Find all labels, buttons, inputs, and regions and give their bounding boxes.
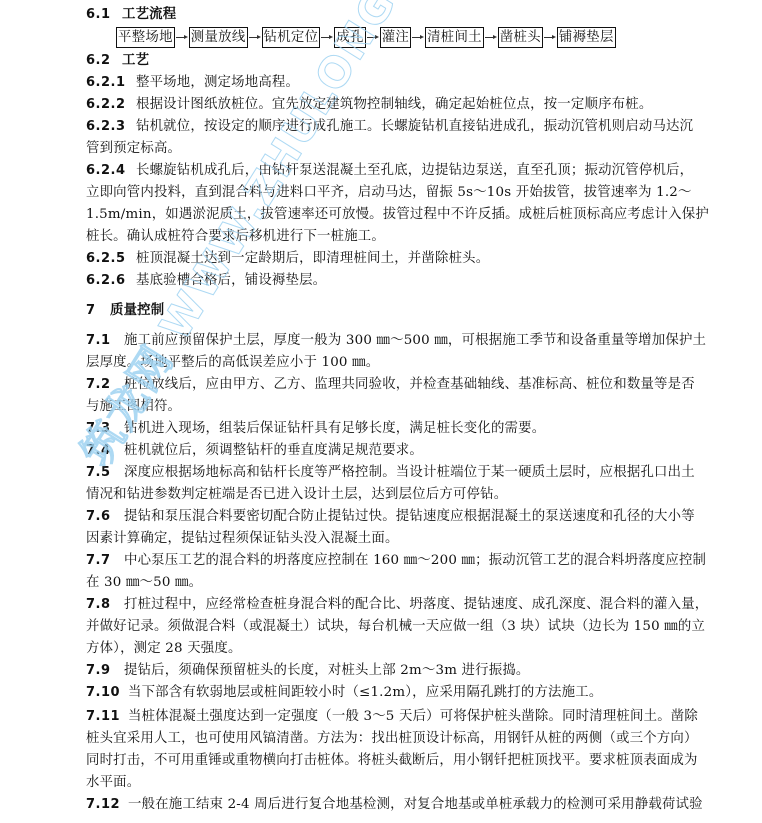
arrow-right-icon [175, 28, 189, 47]
clause-7-1: 7.1施工前应预留保护土层，厚度一般为 300 ㎜～500 ㎜，可根据施工季节和… [86, 330, 706, 352]
clause-7-2-cont: 与施工图相符。 [86, 396, 181, 418]
clause-6-2-4-cont: 1.5m/min，如遇淤泥质土，拔管速率还可放慢。拔管过程中不许反插。成桩后桩顶… [86, 204, 709, 226]
clause-6-2-2: 6.2.2根据设计图纸放桩位。宜先放定建筑物控制轴线，确定起始桩位点，按一定顺序… [86, 94, 652, 116]
flow-step-8: 铺褥垫层 [557, 27, 616, 48]
clause-6-2-4-cont: 立即向管内投料，直到混合料与进料口平齐，启动马达，留振 5s～10s 开始拔管，… [86, 182, 692, 204]
section-number: 6.1 [86, 4, 122, 26]
clause-7-7-cont: 在 30 ㎜～50 ㎜。 [86, 572, 202, 594]
arrow-right-icon [248, 28, 262, 47]
clause-7-8-cont: 方体），测定 28 天强度。 [86, 638, 242, 660]
clause-7-8-cont: 并做好记录。须做混合料（或混凝土）试块，每台机械一天应做一组（3 块）试块（边长… [86, 616, 705, 638]
clause-7-11-cont: 同时打击，不可用重锤或重物横向打击桩体。将桩头截断后，用小钢钎把桩顶找平。要求桩… [86, 750, 698, 772]
flow-step-5: 灌注 [380, 27, 411, 48]
section-title: 工艺 [122, 53, 149, 68]
arrow-right-icon [411, 28, 425, 47]
clause-7-1-cont: 层厚度。场地平整后的高低误差应小于 100 ㎜。 [86, 352, 379, 374]
clause-6-2-4-cont: 桩长。确认成桩符合要求后移机进行下一桩施工。 [86, 226, 385, 248]
flow-step-6: 清桩间土 [425, 27, 484, 48]
clause-6-2-3: 6.2.3钻机就位，按设定的顺序进行成孔施工。长螺旋钻机直接钻进成孔，振动沉管机… [86, 116, 693, 138]
clause-7-11-cont: 水平面。 [86, 772, 140, 794]
clause-7-7: 7.7中心泵压工艺的混合料的坍落度应控制在 160 ㎜～200 ㎜；振动沉管工艺… [86, 550, 706, 572]
clause-6-2-3-cont: 管到预定标高。 [86, 138, 181, 160]
clause-7-3: 7.3钻机进入现场，组装后保证钻杆具有足够长度，满足桩长变化的需要。 [86, 418, 545, 440]
clause-6-2-5: 6.2.5桩顶混凝土达到一定龄期后，即清理桩间土，并凿除桩头。 [86, 248, 489, 270]
arrow-right-icon [484, 28, 498, 47]
clause-6-2-6: 6.2.6基底验槽合格后，铺设褥垫层。 [86, 270, 326, 292]
section-title: 工艺流程 [122, 7, 176, 22]
process-flow-chart: 平整场地 测量放线 钻机定位 成孔 灌注 清桩间土 凿桩头 铺褥垫层 [116, 26, 616, 48]
clause-7-5: 7.5深度应根据场地标高和钻杆长度等严格控制。当设计桩端位于某一硬质土层时，应根… [86, 462, 695, 484]
clause-7-9: 7.9提钻后，须确保预留桩头的长度，对桩头上部 2m～3m 进行振捣。 [86, 660, 530, 682]
section-7-heading: 7质量控制 [86, 300, 164, 322]
section-6-1-heading: 6.1工艺流程 [86, 4, 176, 26]
clause-7-8: 7.8打桩过程中，应经常检查桩身混合料的配合比、坍落度、提钻速度、成孔深度、混合… [86, 594, 708, 616]
flow-step-3: 钻机定位 [262, 27, 321, 48]
arrow-right-icon [366, 28, 380, 47]
section-6-2-heading: 6.2工艺 [86, 50, 149, 72]
section-number: 7 [86, 300, 110, 322]
flow-step-1: 平整场地 [116, 27, 175, 48]
clause-7-11: 7.11当桩体混凝土强度达到一定强度（一般 3～5 天后）可将保护桩头凿除。同时… [86, 706, 698, 728]
clause-7-2: 7.2桩位放线后，应由甲方、乙方、监理共同验收，并检查基础轴线、基准标高、桩位和… [86, 374, 695, 396]
clause-7-6-cont: 因素计算确定，提钻过程须保证钻头没入混凝土面。 [86, 528, 399, 550]
arrow-right-icon [320, 28, 334, 47]
section-title: 质量控制 [110, 303, 164, 318]
clause-7-4: 7.4桩机就位后，须调整钻杆的垂直度满足规范要求。 [86, 440, 423, 462]
clause-7-6: 7.6提钻和泵压混合料要密切配合防止提钻过快。提钻速度应根据混凝土的泵送速度和孔… [86, 506, 695, 528]
flow-step-4: 成孔 [334, 27, 365, 48]
clause-7-11-cont: 桩头宜采用人工，也可使用风镐清凿。方法为：找出桩顶设计标高，用钢钎从桩的两侧（或… [86, 728, 698, 750]
flow-step-2: 测量放线 [189, 27, 248, 48]
clause-6-2-1: 6.2.1整平场地，测定场地高程。 [86, 72, 299, 94]
clause-7-10: 7.10当下部含有软弱地层或桩间距较小时（≤1.2m），应采用隔孔跳打的方法施工… [86, 682, 602, 704]
arrow-right-icon [543, 28, 557, 47]
flow-step-7: 凿桩头 [498, 27, 543, 48]
clause-7-5-cont: 情况和钻进参数判定桩端是否已进入设计土层，达到层位后方可停钻。 [86, 484, 507, 506]
clause-6-2-4: 6.2.4长螺旋钻机成孔后，由钻杆泵送混凝土至孔底，边提钻边泵送，直至孔顶；振动… [86, 160, 693, 182]
clause-7-12: 7.12一般在施工结束 2-4 周后进行复合地基检测，对复合地基或单桩承载力的检… [86, 794, 703, 816]
section-number: 6.2 [86, 50, 122, 72]
